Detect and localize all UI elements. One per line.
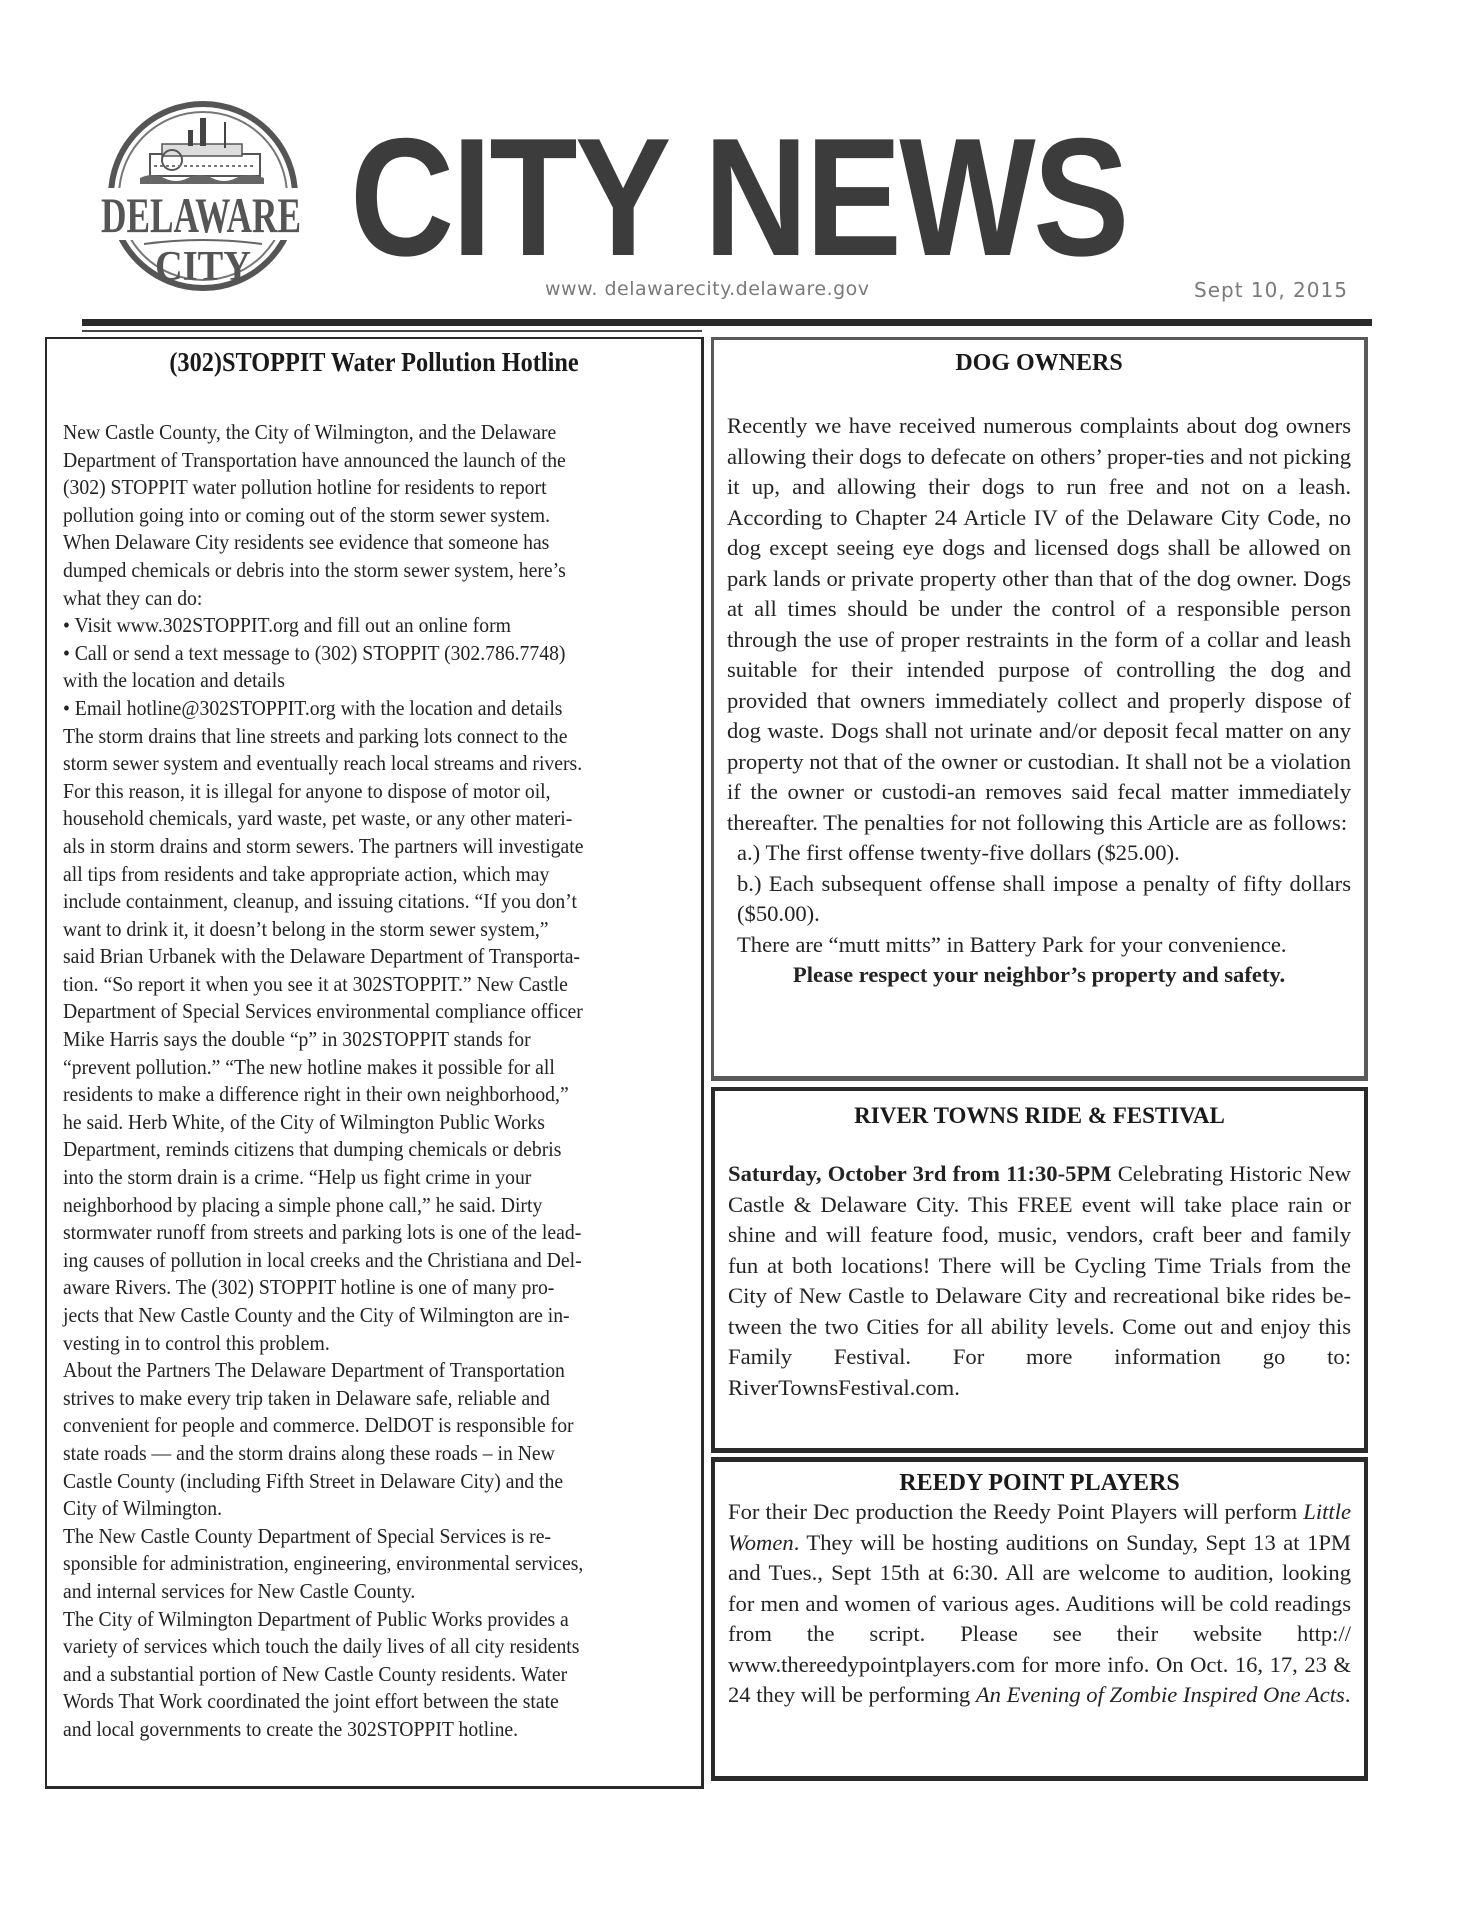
reedy-text-3: . [1345,1682,1351,1707]
reedy-point-article: REEDY POINT PLAYERS For their Dec produc… [711,1457,1368,1781]
stoppit-line: The storm drains that line streets and p… [63,723,670,751]
stoppit-bullet-call: • Call or send a text message to (302) S… [63,640,670,668]
steamboat-icon: DELAWARE CITY [92,96,310,298]
river-towns-body: Saturday, October 3rd from 11:30-5PM Cel… [715,1159,1364,1403]
stoppit-line: jects that New Castle County and the Cit… [63,1302,670,1330]
issue-date: Sept 10, 2015 [1194,278,1348,302]
stoppit-bullet-email[interactable]: • Email hotline@302STOPPIT.org with the … [63,695,670,723]
stoppit-line: residents to make a difference right in … [63,1081,670,1109]
stoppit-line: New Castle County, the City of Wilmingto… [63,419,670,447]
stoppit-line: what they can do: [63,585,670,613]
stoppit-line: tion. “So report it when you see it at 3… [63,971,670,999]
stoppit-line: The City of Wilmington Department of Pub… [63,1606,670,1634]
svg-text:CITY: CITY [155,244,251,290]
stoppit-line: want to drink it, it doesn’t belong in t… [63,916,670,944]
reedy-point-title: REEDY POINT PLAYERS [715,1470,1364,1497]
stoppit-line: The New Castle County Department of Spec… [63,1523,670,1551]
penalty-subsequent: b.) Each subsequent offense shall impose… [727,869,1351,930]
reedy-point-body: For their Dec production the Reedy Point… [715,1497,1364,1711]
stoppit-line: City of Wilmington. [63,1495,670,1523]
dog-owners-paragraph: Recently we have received numerous compl… [727,411,1351,838]
dog-owners-closing: Please respect your neighbor’s property … [727,960,1351,991]
river-towns-date: Saturday, October 3rd from 11:30-5PM [728,1161,1112,1186]
stoppit-line: with the location and details [63,667,670,695]
stoppit-line: convenient for people and commerce. DelD… [63,1412,670,1440]
stoppit-line: state roads — and the storm drains along… [63,1440,670,1468]
stoppit-line: aware Rivers. The (302) STOPPIT hotline … [63,1274,670,1302]
stoppit-line: strives to make every trip taken in Dela… [63,1385,670,1413]
website-url[interactable]: www. delawarecity.delaware.gov [545,278,870,300]
stoppit-line: Mike Harris says the double “p” in 302ST… [63,1026,670,1054]
newsletter-title: CITY NEWS [350,122,1029,272]
reedy-text-1: For their Dec production the Reedy Point… [728,1499,1303,1524]
stoppit-line: Department of Special Services environme… [63,998,670,1026]
stoppit-body: New Castle County, the City of Wilmingto… [63,419,670,1744]
stoppit-line: Castle County (including Fifth Street in… [63,1468,670,1496]
masthead-rule-thick [82,319,1372,326]
stoppit-line: Department, reminds citizens that dumpin… [63,1136,670,1164]
stoppit-line: sponsible for administration, engineerin… [63,1550,670,1578]
svg-text:DELAWARE: DELAWARE [101,187,301,243]
stoppit-line: For this reason, it is illegal for anyon… [63,778,670,806]
stoppit-line: als in storm drains and storm sewers. Th… [63,833,670,861]
delaware-city-logo: DELAWARE CITY [92,96,310,298]
stoppit-line: dumped chemicals or debris into the stor… [63,557,670,585]
stoppit-line: all tips from residents and take appropr… [63,861,670,889]
river-towns-title: RIVER TOWNS RIDE & FESTIVAL [715,1103,1364,1129]
stoppit-line: Words That Work coordinated the joint ef… [63,1688,670,1716]
masthead-rule-thin [82,330,702,332]
dog-owners-body: Recently we have received numerous compl… [714,411,1364,991]
stoppit-line: include containment, cleanup, and issuin… [63,888,670,916]
reedy-text-2: . They will be hosting auditions on Sund… [728,1530,1351,1708]
stoppit-line: into the storm drain is a crime. “Help u… [63,1164,670,1192]
stoppit-line: (302) STOPPIT water pollution hotline fo… [63,474,670,502]
penalty-first: a.) The first offense twenty-five dollar… [727,838,1351,869]
dog-owners-title: DOG OWNERS [714,350,1364,377]
stoppit-bullet-visit[interactable]: • Visit www.302STOPPIT.org and fill out … [63,612,670,640]
stoppit-line: “prevent pollution.” “The new hotline ma… [63,1054,670,1082]
production-title-zombie: An Evening of Zombie Inspired One Acts [976,1682,1345,1707]
stoppit-line: said Brian Urbanek with the Delaware Dep… [63,943,670,971]
stoppit-line: and local governments to create the 302S… [63,1716,670,1744]
stoppit-line: and a substantial portion of New Castle … [63,1661,670,1689]
stoppit-title: (302)STOPPIT Water Pollution Hotline [80,347,669,378]
stoppit-line: and internal services for New Castle Cou… [63,1578,670,1606]
stoppit-line: About the Partners The Delaware Departme… [63,1357,670,1385]
stoppit-line: When Delaware City residents see evidenc… [63,529,670,557]
mutt-mitts-note: There are “mutt mitts” in Battery Park f… [727,930,1351,961]
stoppit-line: storm sewer system and eventually reach … [63,750,670,778]
stoppit-line: stormwater runoff from streets and parki… [63,1219,670,1247]
river-towns-article: RIVER TOWNS RIDE & FESTIVAL Saturday, Oc… [711,1087,1368,1453]
stoppit-line: he said. Herb White, of the City of Wilm… [63,1109,670,1137]
stoppit-line: vesting in to control this problem. [63,1330,670,1358]
stoppit-line: ing causes of pollution in local creeks … [63,1247,670,1275]
stoppit-line: household chemicals, yard waste, pet was… [63,805,670,833]
river-towns-paragraph: Celebrating Historic New Castle & Delawa… [728,1161,1351,1400]
dog-owners-article: DOG OWNERS Recently we have received num… [711,337,1368,1081]
stoppit-line: neighborhood by placing a simple phone c… [63,1192,670,1220]
stoppit-article: (302)STOPPIT Water Pollution Hotline New… [45,337,704,1789]
stoppit-line: Department of Transportation have announ… [63,447,670,475]
stoppit-line: pollution going into or coming out of th… [63,502,670,530]
stoppit-line: variety of services which touch the dail… [63,1633,670,1661]
